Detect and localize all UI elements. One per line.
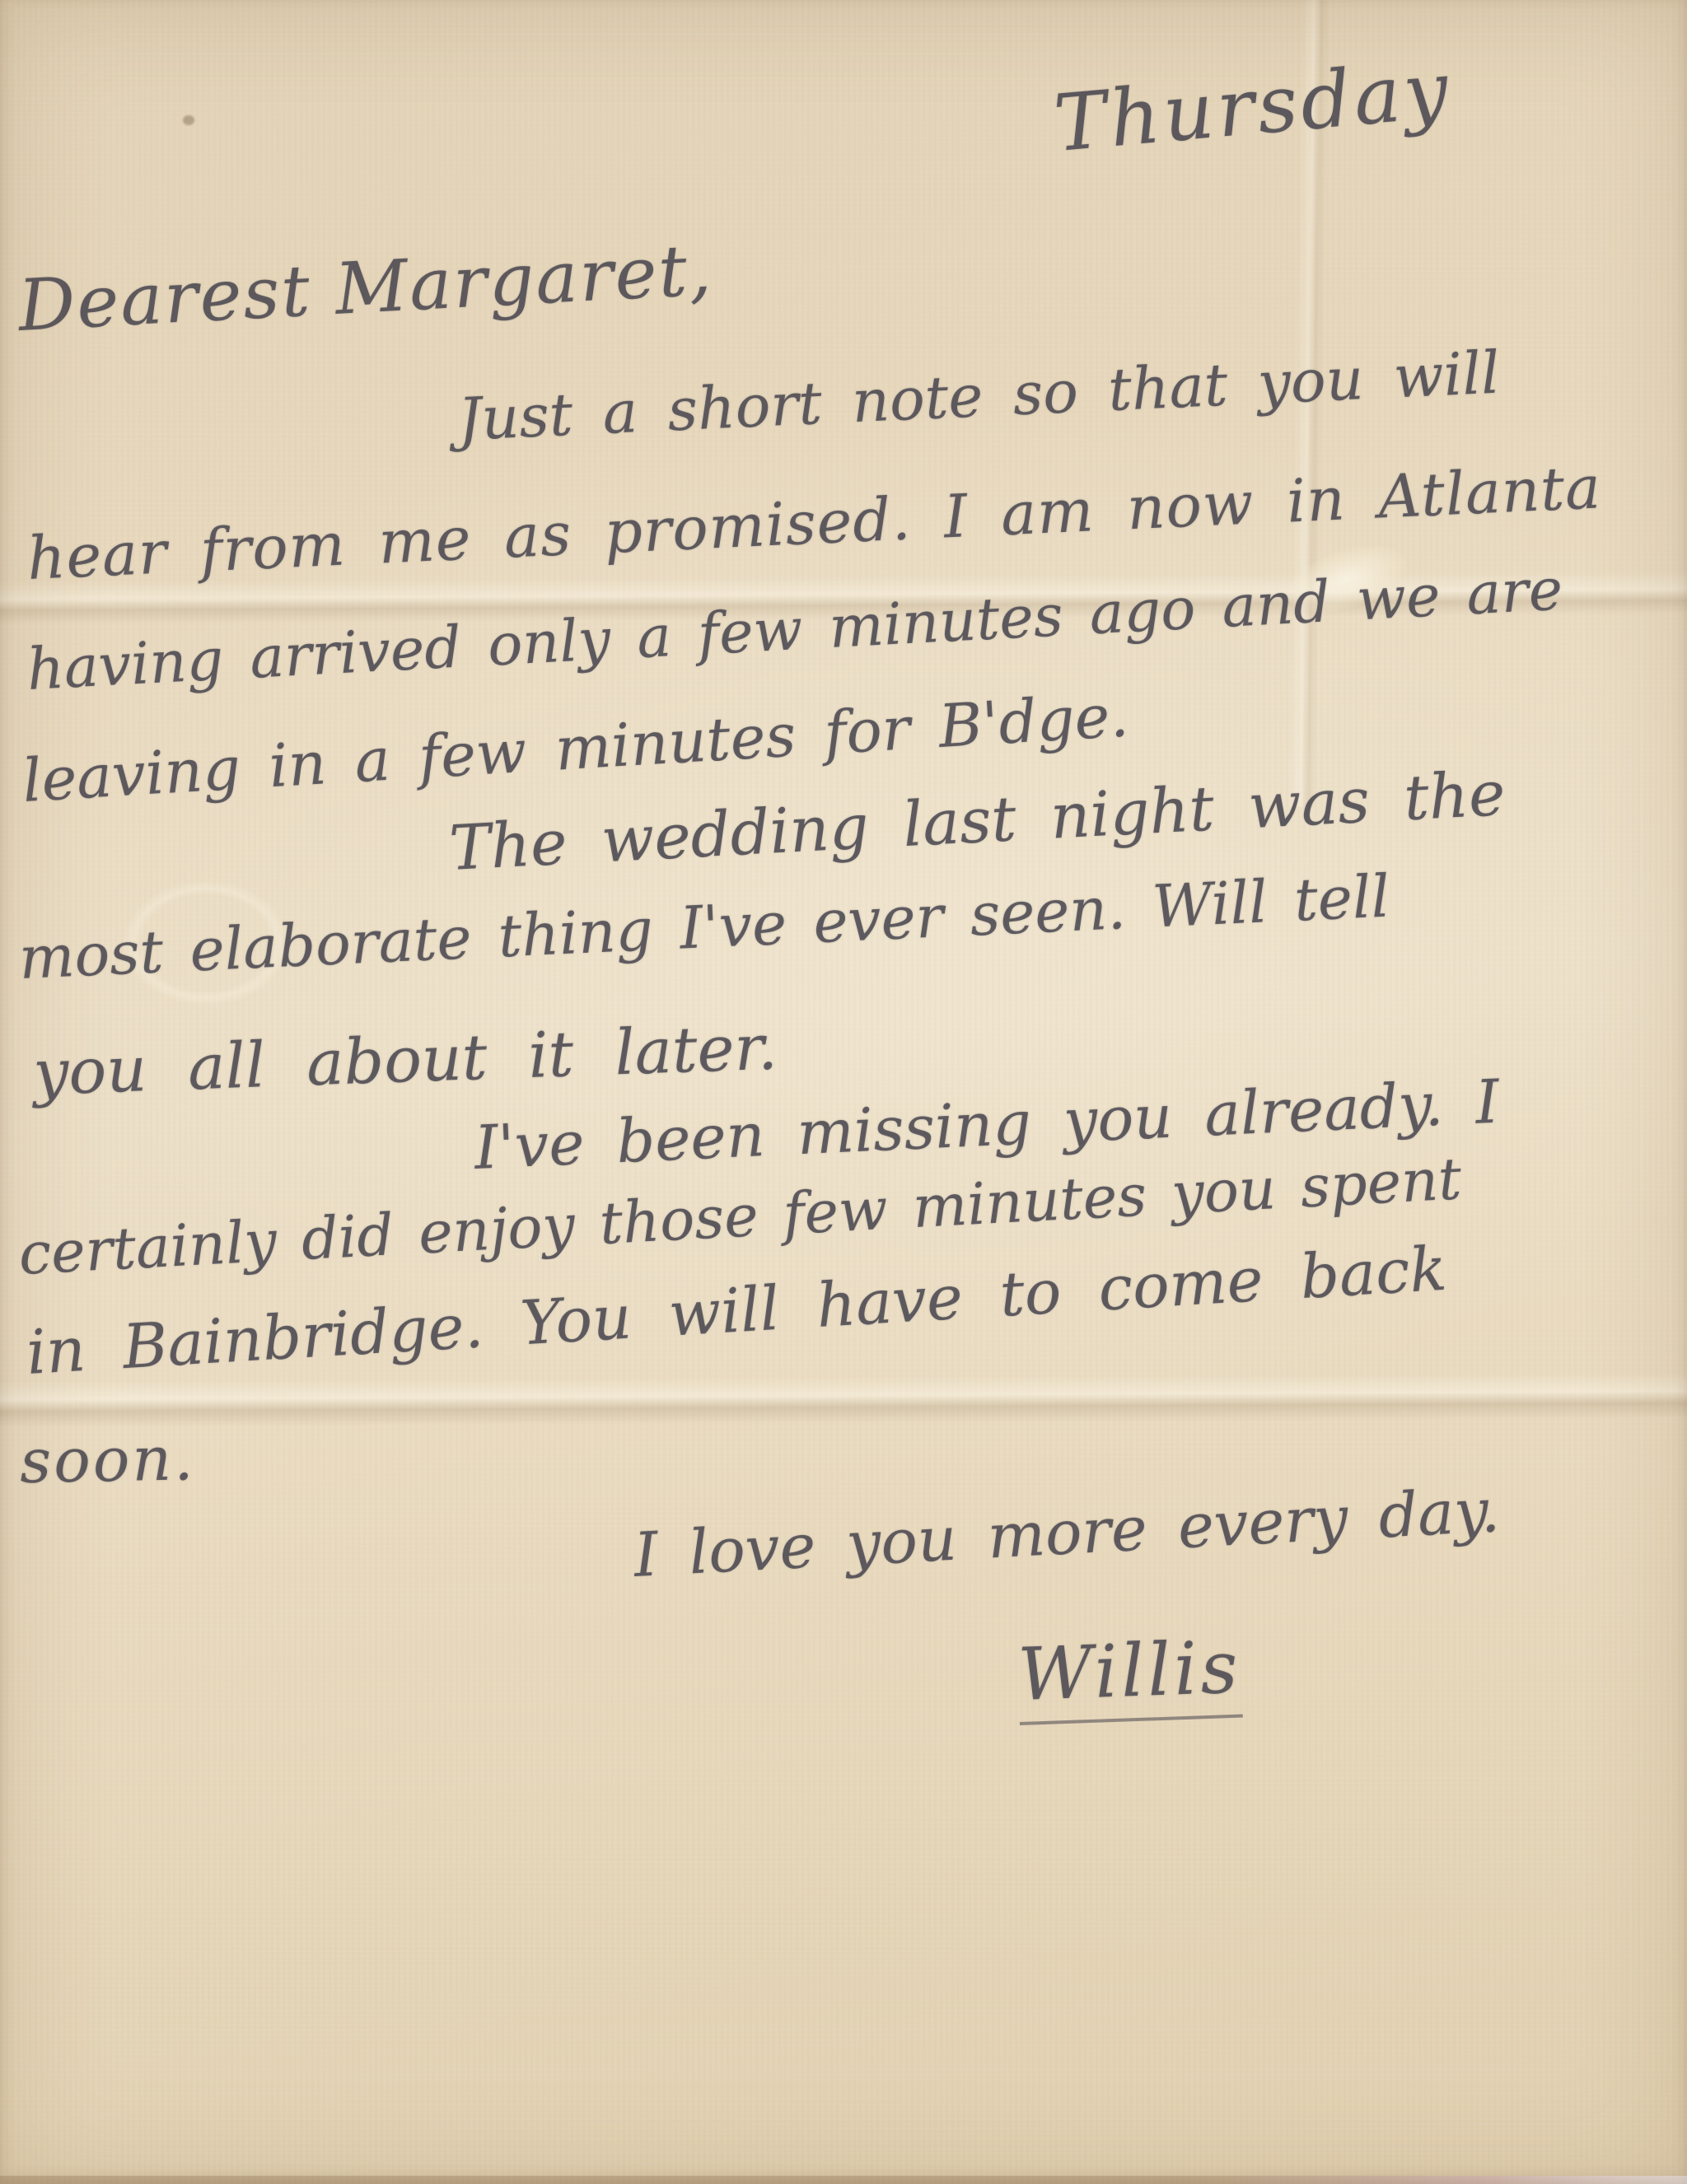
body-line: you all about it later.	[32, 1010, 778, 1109]
body-line: soon.	[19, 1423, 196, 1497]
body-line: Just a short note so that you will	[456, 338, 1501, 454]
body-line: most elaborate thing I've ever seen. Wil…	[17, 862, 1391, 992]
closing-line: I love you more every day.	[632, 1475, 1501, 1591]
date-line: Thursday	[1050, 44, 1455, 170]
signature: Willis	[1016, 1625, 1242, 1725]
salutation: Dearest Margaret,	[16, 229, 715, 348]
paper-speck	[183, 115, 194, 125]
horizontal-fold-crease-bottom	[0, 1373, 1687, 1428]
paper-bottom-edge	[0, 2176, 1687, 2184]
letter-page: Thursday Dearest Margaret, Just a short …	[0, 0, 1687, 2184]
